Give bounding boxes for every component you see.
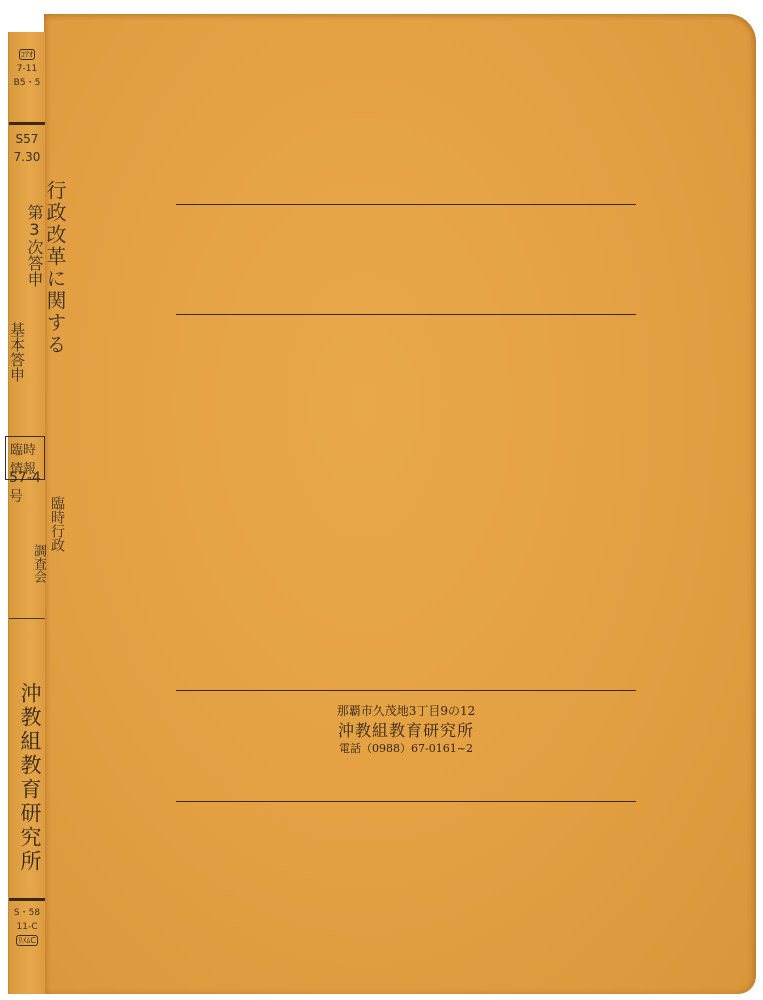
spine-top-label: ｺｱｵ 7-11 B5・5 (9, 48, 45, 90)
imprint-line-top (176, 690, 636, 691)
spine-title-sub: 第3次答申 (23, 204, 46, 287)
spine-bottom-code: ﾘﾒﾑC (16, 935, 38, 946)
spine-date-year: S57 (16, 132, 39, 146)
spine-bottom-line1: S・58 (14, 908, 40, 918)
spine-bottom-label: S・58 11-C ﾘﾒﾑC (9, 906, 45, 948)
spine-note-right: 臨時行政 (47, 496, 67, 552)
folder-cover: 那覇市久茂地3丁目9の12 沖教組教育研究所 電話（0988）67-0161~2 (44, 14, 756, 994)
spine-publisher: 沖教組教育研究所 (15, 682, 45, 874)
spine-date-day: 7.30 (14, 150, 41, 164)
spine-top-code: ｺｱｵ (19, 49, 35, 60)
title-line-2 (176, 314, 636, 315)
document-folder: 那覇市久茂地3丁目9の12 沖教組教育研究所 電話（0988）67-0161~2… (8, 14, 756, 994)
spine-divider-bottom (9, 898, 45, 901)
spine-divider-top (9, 122, 45, 125)
imprint-line-bottom (176, 801, 636, 802)
spine-bottom-line2: 11-C (17, 922, 38, 932)
title-line-1 (176, 204, 636, 205)
spine-top-line1: 7-11 (17, 64, 37, 74)
publisher-name: 沖教組教育研究所 (176, 718, 636, 741)
spine-divider-mid (9, 618, 45, 619)
spine-top-line2: B5・5 (14, 78, 41, 88)
spine-date: S57 7.30 (9, 130, 45, 166)
spine-number: 57-4号 (9, 470, 45, 506)
publisher-address: 那覇市久茂地3丁目9の12 (176, 702, 636, 719)
folder-spine: ｺｱｵ 7-11 B5・5 S57 7.30 行政改革に関する 第3次答申 基本… (8, 32, 45, 994)
spine-title-sub2: 基本答申 (7, 322, 28, 382)
publisher-phone: 電話（0988）67-0161~2 (176, 740, 636, 756)
spine-note-left: 調査会 (29, 544, 48, 583)
